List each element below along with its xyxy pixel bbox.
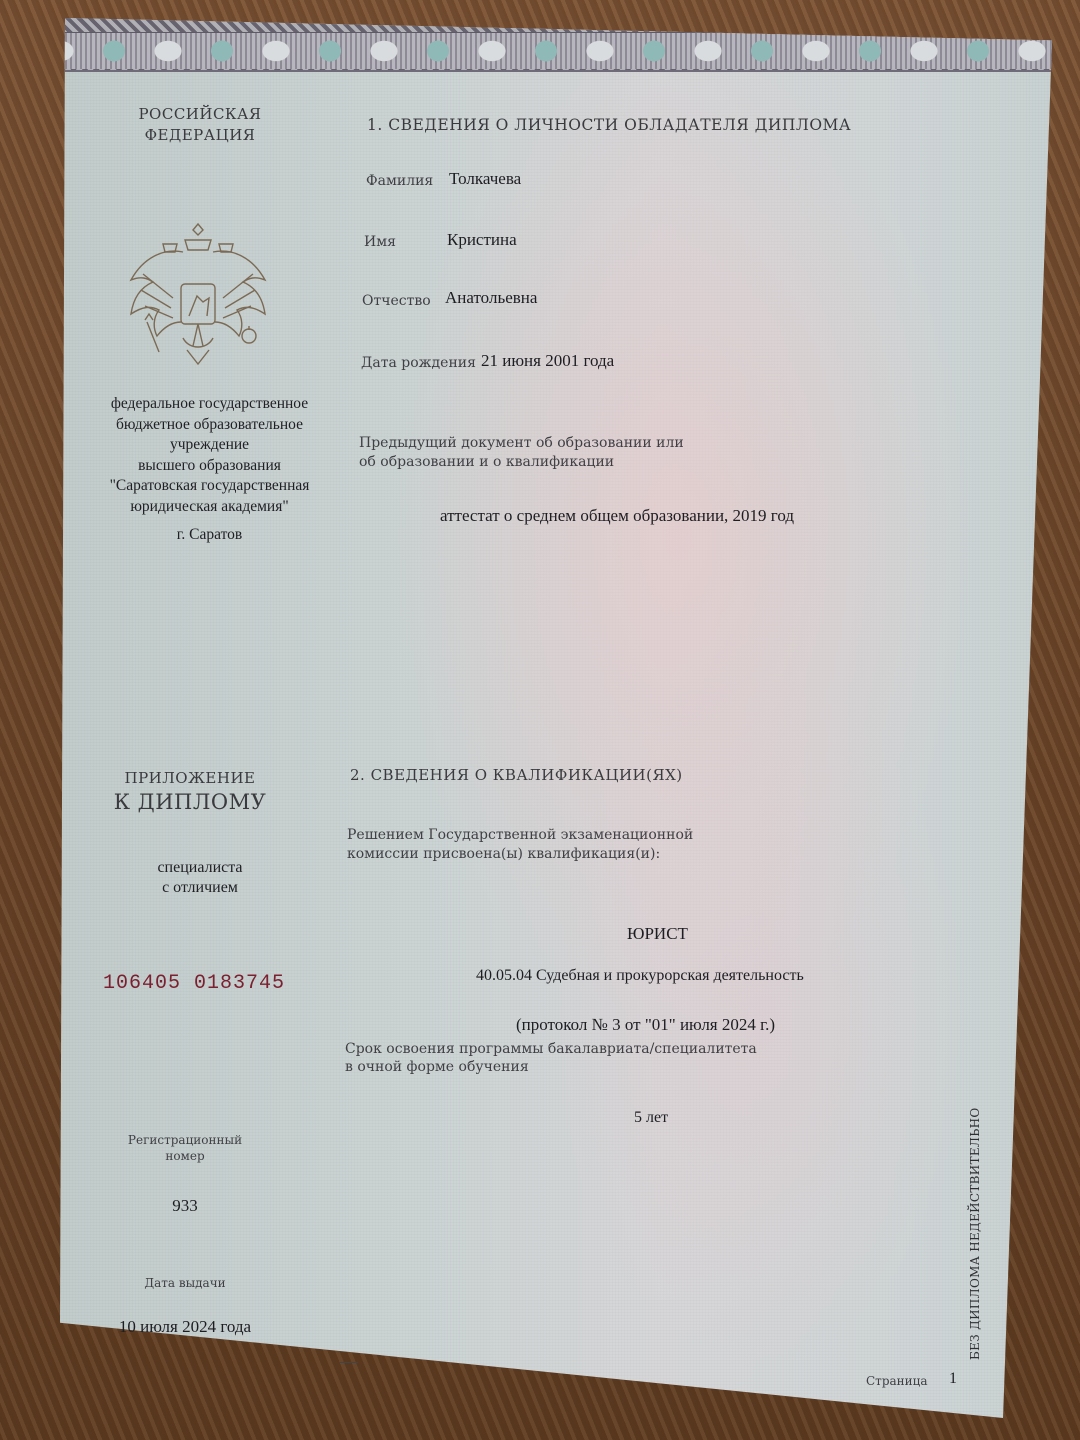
- country-name: РОССИЙСКАЯ ФЕДЕРАЦИЯ: [130, 104, 270, 146]
- supplement-title: ПРИЛОЖЕНИЕ К ДИПЛОМУ: [100, 768, 280, 816]
- issue-date: 10 июля 2024 года: [95, 1317, 275, 1337]
- prev-doc-label-line-2: об образовании и о квалификации: [359, 453, 684, 472]
- issue-date-label: Дата выдачи: [110, 1276, 260, 1290]
- vertical-validity-notice: БЕЗ ДИПЛОМА НЕДЕЙСТВИТЕЛЬНО: [968, 1107, 982, 1360]
- section-1-heading: 1. СВЕДЕНИЯ О ЛИЧНОСТИ ОБЛАДАТЕЛЯ ДИПЛОМ…: [367, 116, 851, 134]
- registration-label: Регистрационный номер: [110, 1132, 260, 1164]
- page-label: Страница: [866, 1374, 928, 1388]
- name-value: Кристина: [447, 230, 517, 250]
- commission-decision: Решением Государственной экзаменационной…: [347, 826, 693, 864]
- surname-value: Толкачева: [449, 169, 521, 189]
- signature-line: [340, 1362, 358, 1363]
- coat-of-arms-icon: [123, 218, 273, 370]
- registration-number: 933: [110, 1196, 260, 1216]
- institution-line: юридическая академия": [82, 497, 337, 518]
- prev-doc-label-line-1: Предыдущий документ об образовании или: [359, 434, 684, 453]
- patronymic-value: Анатольевна: [445, 288, 537, 308]
- institution-name: федеральное государственное бюджетное об…: [82, 394, 337, 546]
- degree-line-2: с отличием: [100, 878, 300, 898]
- supplement-title-line-1: ПРИЛОЖЕНИЕ: [100, 768, 280, 788]
- protocol: (протокол № 3 от "01" июля 2024 г.): [516, 1015, 775, 1035]
- study-duration-value: 5 лет: [634, 1109, 668, 1127]
- registration-label-line-1: Регистрационный: [110, 1132, 260, 1148]
- institution-line: федеральное государственное: [82, 394, 337, 415]
- country-line-1: РОССИЙСКАЯ: [130, 104, 270, 125]
- guilloche-band: [60, 32, 1060, 69]
- serial-number: 106405 0183745: [103, 972, 285, 995]
- country-line-2: ФЕДЕРАЦИЯ: [130, 125, 270, 146]
- commission-decision-line-2: комиссии присвоена(ы) квалификация(и):: [347, 845, 693, 864]
- prev-doc-label: Предыдущий документ об образовании или о…: [359, 434, 684, 472]
- birth-date-value: 21 июня 2001 года: [481, 351, 614, 371]
- degree-line-1: специалиста: [100, 858, 300, 878]
- specialty: 40.05.04 Судебная и прокурорская деятель…: [476, 967, 804, 985]
- study-duration-label-line-1: Срок освоения программы бакалавриата/спе…: [345, 1040, 757, 1058]
- birth-date-label: Дата рождения: [361, 355, 476, 371]
- section-2-heading: 2. СВЕДЕНИЯ О КВАЛИФИКАЦИИ(ЯХ): [350, 766, 683, 784]
- supplement-title-line-2: К ДИПЛОМУ: [100, 788, 280, 816]
- commission-decision-line-1: Решением Государственной экзаменационной: [347, 826, 693, 845]
- name-label: Имя: [364, 234, 396, 250]
- institution-line: высшего образования: [82, 456, 337, 477]
- surname-label: Фамилия: [366, 173, 433, 189]
- prev-doc-value: аттестат о среднем общем образовании, 20…: [440, 506, 794, 526]
- institution-line: учреждение: [82, 435, 337, 456]
- registration-label-line-2: номер: [110, 1148, 260, 1164]
- guilloche-border: [60, 18, 1060, 72]
- institution-line: "Саратовская государственная: [82, 476, 337, 497]
- patronymic-label: Отчество: [362, 293, 431, 309]
- degree-level: специалиста с отличием: [100, 858, 300, 898]
- page-number: 1: [949, 1370, 957, 1388]
- study-duration-label-line-2: в очной форме обучения: [345, 1058, 757, 1076]
- city: г. Саратов: [82, 525, 337, 546]
- study-duration-label: Срок освоения программы бакалавриата/спе…: [345, 1040, 757, 1076]
- institution-line: бюджетное образовательное: [82, 415, 337, 436]
- qualification: ЮРИСТ: [627, 924, 688, 944]
